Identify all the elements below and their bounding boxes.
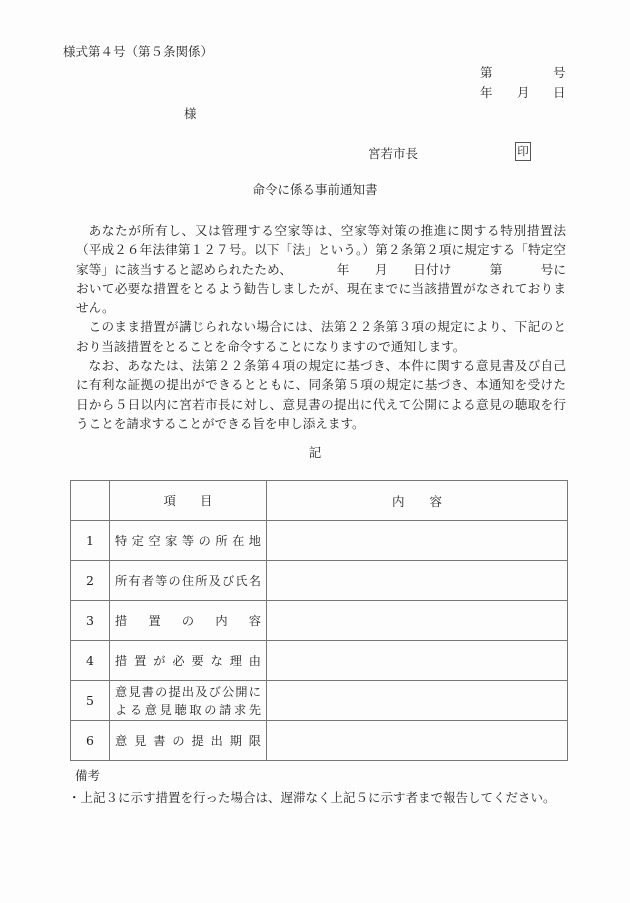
- table-row: 5 意見書の提出及び公開に よる意見聴取の請求先: [71, 681, 568, 721]
- row-content-field[interactable]: [267, 721, 568, 761]
- date-year: 年: [480, 83, 493, 101]
- details-table: 項 目 内 容 1 特定空家等の所在地 2 所有者等の住所及び氏名 3 措置の内…: [70, 480, 568, 761]
- header-no: [71, 481, 110, 521]
- row-number: 1: [71, 521, 110, 561]
- date-day: 日: [553, 83, 566, 101]
- remarks-note: ・上記３に示す措置を行った場合は、遅滞なく上記５に示す者まで報告してください。: [68, 788, 556, 806]
- row-content-field[interactable]: [267, 681, 568, 721]
- paragraph-recommendation: あなたが所有し、又は管理する空家等は、空家等対策の推進に関する特別措置法（平成２…: [76, 221, 566, 317]
- row-item: 特定空家等の所在地: [110, 521, 267, 561]
- doc-number-prefix: 第: [480, 63, 493, 81]
- remarks-label: 備考: [75, 766, 100, 784]
- row-content-field[interactable]: [267, 641, 568, 681]
- addressee-suffix: 様: [184, 104, 197, 122]
- ki-heading: 記: [0, 443, 630, 461]
- row-item-line1: 意見書の提出及び公開に: [115, 683, 261, 701]
- row-content-field[interactable]: [267, 601, 568, 641]
- issuer-name: 宮若市長: [368, 144, 418, 162]
- paragraph-opinion-rights: なお、あなたは、法第２２条第４項の規定に基づき、本件に関する意見書及び自己に有利…: [76, 356, 566, 433]
- form-number-label: 様式第４号（第５条関係）: [63, 42, 213, 60]
- table-header-row: 項 目 内 容: [71, 481, 568, 521]
- header-content: 内 容: [267, 481, 568, 521]
- document-title: 命令に係る事前通知書: [0, 180, 630, 198]
- table-row: 1 特定空家等の所在地: [71, 521, 568, 561]
- seal-stamp-box: 印: [515, 142, 531, 161]
- table-row: 2 所有者等の住所及び氏名: [71, 561, 568, 601]
- row-item: 措置が必要な理由: [110, 641, 267, 681]
- row-item: 所有者等の住所及び氏名: [110, 561, 267, 601]
- notice-body: あなたが所有し、又は管理する空家等は、空家等対策の推進に関する特別措置法（平成２…: [76, 221, 566, 433]
- date-month: 月: [517, 83, 530, 101]
- row-item: 意見書の提出及び公開に よる意見聴取の請求先: [110, 681, 267, 721]
- paragraph-order-notice: このまま措置が講じられない場合には、法第２２条第３項の規定により、下記のとおり当…: [76, 317, 566, 356]
- table-row: 4 措置が必要な理由: [71, 641, 568, 681]
- row-number: 2: [71, 561, 110, 601]
- row-item: 措置の内容: [110, 601, 267, 641]
- row-item-line2: よる意見聴取の請求先: [115, 701, 261, 719]
- header-item: 項 目: [110, 481, 267, 521]
- row-number: 3: [71, 601, 110, 641]
- row-content-field[interactable]: [267, 561, 568, 601]
- table-row: 6 意見書の提出期限: [71, 721, 568, 761]
- row-number: 4: [71, 641, 110, 681]
- row-number: 5: [71, 681, 110, 721]
- doc-number-suffix: 号: [553, 63, 566, 81]
- row-number: 6: [71, 721, 110, 761]
- table-row: 3 措置の内容: [71, 601, 568, 641]
- row-item: 意見書の提出期限: [110, 721, 267, 761]
- row-content-field[interactable]: [267, 521, 568, 561]
